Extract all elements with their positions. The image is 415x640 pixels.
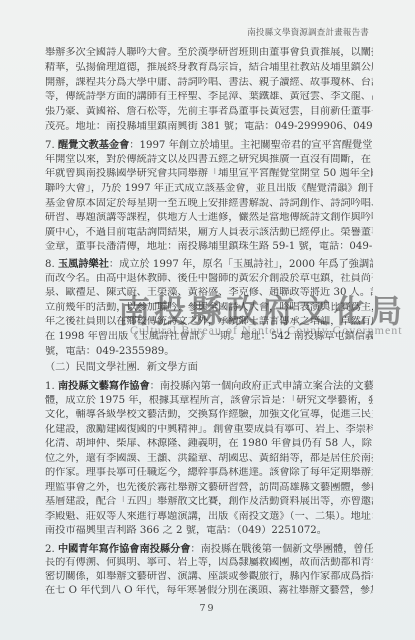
page-number: 79 — [0, 603, 415, 614]
text-line: 位之外，還有李國謨、王灝、洪鎰章、胡國忠、黃紹絹等，都是居住於南投縣內 — [45, 453, 373, 465]
text-line: 精華，弘揚倫理道德，推展終身教育爲宗旨，結合埔里社教站及埔里鎮公所共同 — [45, 62, 373, 74]
item-number: 2. — [45, 544, 55, 555]
item-number: 7. — [45, 140, 55, 151]
text-line: 密切關係，如舉辦文藝研習、演講、座談或參觀旅行，縣內作家都成爲指導教師， — [45, 571, 373, 583]
item-number: 8. — [45, 259, 55, 270]
section-heading: （二）民間文學社團．新文學方面 — [45, 362, 198, 374]
text-line: 而改今名。由高中退休教師、後任中醫師的黃宏介創設於草屯鎮，社員尚有張清 — [45, 273, 373, 285]
item-name: 南投縣文藝寫作協會 — [58, 380, 150, 392]
item-text: ：南投縣內第一個向政府正式申請立案合法的文藝團 — [150, 381, 373, 392]
text-line: 在七 O 年代到八 O 年代，每年寒暑假分別在溪頭、霧社舉辦文藝營，參加的學 — [45, 585, 373, 597]
text-line: 1. 南投縣文藝寫作協會：南投縣內第一個向政府正式申請立案合法的文藝團 — [45, 380, 373, 392]
item-name: 中國青年寫作協會南投縣分會 — [58, 543, 190, 555]
watermark-english: Cultural Bureau of Nantou County Governm… — [130, 323, 403, 338]
text-line: 的作家。理事長寧可任職迄今，總幹事爲林進達。該會除了每年定期舉辦大會、 — [45, 467, 373, 479]
text-line: 年開堂以來，對於傳統詩文以及四書五經之研究與推廣一直沒有間斷，在 1996 — [45, 154, 373, 166]
text-line: 7. 醒覺文教基金會：1997 年創立於埔里。主祀關聖帝君的宣平宮醒覺堂自 19… — [45, 139, 373, 151]
text-line: 號，電話：049-2355989。 — [45, 346, 373, 358]
item-text: ：南投縣在戰後第一個新文學團體，曾任理事 — [190, 544, 373, 555]
text-line: 化清、胡坤仲、柴扉、林源隆、鍾義明，在 1980 年會員仍有 58 人，除了前述… — [45, 438, 373, 450]
text-line: 年就曾與南投縣國學研究會共同舉辦「埔里宣平宮醒覺堂開堂 50 週年全國詩人 — [45, 168, 373, 180]
text-line: 理監事會之外，也先後於霧社舉辦文藝研習營，訪問高雄縣文藝團體，參觀縣內 — [45, 482, 373, 494]
text-line: 茂亮。地址：南投縣埔里鎮南興街 381 號；電話：049-2999906、049… — [45, 121, 373, 133]
text-line: 張乃豪、黃國裕、詹石松等，先前主事者爲董事長黃冠雲，目前新任董事長爲蔡 — [45, 106, 373, 118]
text-line: 等，傳統詩學方面的講師有王梓聖、李昆漳、葉鐵雄、黃冠雲、李文龍、呂耀彩、 — [45, 91, 373, 103]
text-line: 化建設，激勵建國復國的中興精神」。創會重要成員有寧可、岩上、李崇科、郁 — [45, 424, 373, 436]
text-line: 基金會原本固定於每星期一至五晚上安排經書解說、詩詞創作、詩詞吟唱、國樂 — [45, 198, 373, 210]
text-line: 南投市福興里吉利路 366 之 2 號，電話：（049）2251072。 — [45, 525, 373, 537]
running-header: 南投縣文學資源調查計畫報告書 — [247, 26, 369, 38]
item-name: 玉風詩樂社 — [58, 258, 109, 270]
text-line: 李殿魁、莊奴等人來進行專題演講，出版《南投文選》（一、二集）。地址：540 — [45, 511, 373, 523]
text-line: 聯吟大會」，乃於 1997 年正式成立該基金會，並且出版《醒覺清韻》創刊號。該 — [45, 183, 373, 195]
item-text: ：成立於 1997 年，原名「玉風詩社」，2000 年爲了強調詩歌吟唱 — [109, 259, 373, 270]
text-line: 金章，董事長潘清傳，地址：南投縣埔里鎮珠生路 59-1 號，電話：049-298… — [45, 241, 373, 253]
text-line: 文化，輔導各級學校文藝活動，交換寫作經驗，加強文化宣導，促進三民主義文 — [45, 409, 373, 421]
item-text: ：1997 年創立於埔里。主祀關聖帝君的宣平宮醒覺堂自 1946 — [129, 140, 373, 151]
text-line: 研習、專題演講等課程，供地方人士進修，儼然是當地傳統詩文創作與吟唱的推 — [45, 212, 373, 224]
text-line: 長的有傅溯、何與明、寧可、岩上等，因爲隸屬救國團，故而活動都和青年較有 — [45, 557, 373, 569]
document-page: 南投縣文學資源調查計畫報告書 舉辦多次全國詩人聯吟大會。至於漢學研習班則由董事會… — [0, 0, 415, 640]
text-line: 舉辦多次全國詩人聯吟大會。至於漢學研習班則由董事會負責推展，以闡揚漢學 — [45, 47, 373, 59]
text-line: 基層建設，配合「五四」舉辦散文比賽，創作及活動資料展出等，亦曾邀請洛夫、 — [45, 496, 373, 508]
text-line: 2. 中國青年寫作協會南投縣分會：南投縣在戰後第一個新文學團體，曾任理事 — [45, 543, 373, 555]
item-number: 1. — [45, 381, 55, 392]
text-line: 體，成立於 1975 年，根據其章程所言，該會宗旨是：「研究文學藝術，發揚故有 — [45, 395, 373, 407]
item-name: 醒覺文教基金會 — [58, 139, 129, 151]
text-line: 廣中心，不過目前電話詢問結果，廟方人員表示該活動已經停止。榮譽董事長白 — [45, 227, 373, 239]
text-line: 開辦，課程共分爲大學中庸、詩詞吟唱、書法、親子讀經、故事瓊林、台語拼音 — [45, 77, 373, 89]
text-line: 8. 玉風詩樂社：成立於 1997 年，原名「玉風詩社」，2000 年爲了強調詩… — [45, 258, 373, 270]
